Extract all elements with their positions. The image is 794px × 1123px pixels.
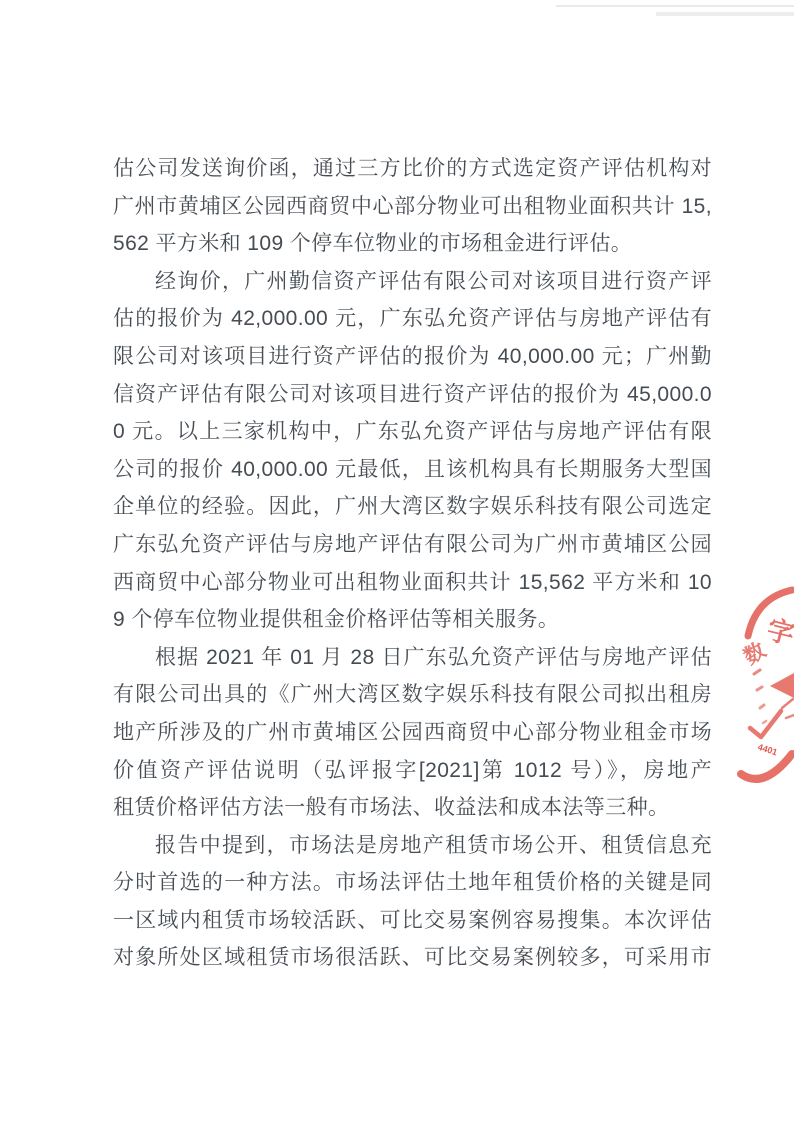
text-line: 租赁价格评估方法一般有市场法、收益法和成本法等三种。 bbox=[113, 789, 712, 827]
text-line: 9 个停车位物业提供租金价格评估等相关服务。 bbox=[113, 601, 712, 639]
seal-stroke bbox=[763, 721, 766, 723]
text-line: 广州市黄埔区公园西商贸中心部分物业可出租物业面积共计 15, bbox=[113, 188, 712, 226]
text-line: 经询价，广州勤信资产评估有限公司对该项目进行资产评 bbox=[113, 263, 712, 301]
seal-stroke bbox=[760, 705, 764, 708]
seal-stroke bbox=[757, 687, 762, 690]
company-seal-fragment: 字 数 4401 bbox=[736, 578, 794, 793]
seal-top-arc bbox=[748, 590, 792, 636]
text-line: 有限公司出具的《广州大湾区数字娱乐科技有限公司拟出租房 bbox=[113, 676, 712, 714]
text-line: 广东弘允资产评估与房地产评估有限公司为广州市黄埔区公园 bbox=[113, 526, 712, 564]
text-line: 企单位的经验。因此，广州大湾区数字娱乐科技有限公司选定 bbox=[113, 488, 712, 526]
seal-star-fragment bbox=[770, 673, 794, 698]
text-line: 562 平方米和 109 个停车位物业的市场租金进行评估。 bbox=[113, 225, 712, 263]
seal-bottom-arc bbox=[741, 754, 792, 779]
text-line: 公司的报价 40,000.00 元最低，且该机构具有长期服务大型国 bbox=[113, 451, 712, 489]
seal-stroke bbox=[786, 715, 794, 718]
text-line: 一区域内租赁市场较活跃、可比交易案例容易搜集。本次评估 bbox=[113, 902, 712, 940]
text-line: 西商贸中心部分物业可出租物业面积共计 15,562 平方米和 10 bbox=[113, 564, 712, 602]
seal-character: 数 bbox=[739, 638, 770, 669]
text-line: 分时首选的一种方法。市场法评估土地年租赁价格的关键是同 bbox=[113, 864, 712, 902]
body-text-block: 估公司发送询价函，通过三方比价的方式选定资产评估机构对广州市黄埔区公园西商贸中心… bbox=[113, 150, 712, 977]
seal-registration-digits: 4401 bbox=[757, 742, 779, 758]
text-line: 报告中提到，市场法是房地产租赁市场公开、租赁信息充 bbox=[113, 827, 712, 865]
scan-artifact-line bbox=[656, 12, 794, 16]
text-line: 0 元。以上三家机构中，广东弘允资产评估与房地产评估有限 bbox=[113, 413, 712, 451]
text-line: 地产所涉及的广州市黄埔区公园西商贸中心部分物业租金市场 bbox=[113, 714, 712, 752]
seal-character: 字 bbox=[764, 614, 794, 650]
scan-artifact-line bbox=[556, 5, 794, 7]
text-line: 估公司发送询价函，通过三方比价的方式选定资产评估机构对 bbox=[113, 150, 712, 188]
text-line: 限公司对该项目进行资产评估的报价为 40,000.00 元；广州勤 bbox=[113, 338, 712, 376]
text-line: 对象所处区域租赁市场很活跃、可比交易案例较多，可采用市 bbox=[113, 939, 712, 977]
text-line: 估的报价为 42,000.00 元，广东弘允资产评估与房地产评估有 bbox=[113, 300, 712, 338]
text-line: 信资产评估有限公司对该项目进行资产评估的报价为 45,000.0 bbox=[113, 376, 712, 414]
seal-stroke bbox=[782, 699, 793, 708]
text-line: 根据 2021 年 01 月 28 日广东弘允资产评估与房地产评估 bbox=[113, 639, 712, 677]
seal-stroke bbox=[750, 711, 781, 737]
seal-stroke bbox=[754, 670, 760, 674]
document-page: 估公司发送询价函，通过三方比价的方式选定资产评估机构对广州市黄埔区公园西商贸中心… bbox=[0, 0, 794, 1123]
text-line: 价值资产评估说明（弘评报字[2021]第 1012 号）》，房地产 bbox=[113, 752, 712, 790]
